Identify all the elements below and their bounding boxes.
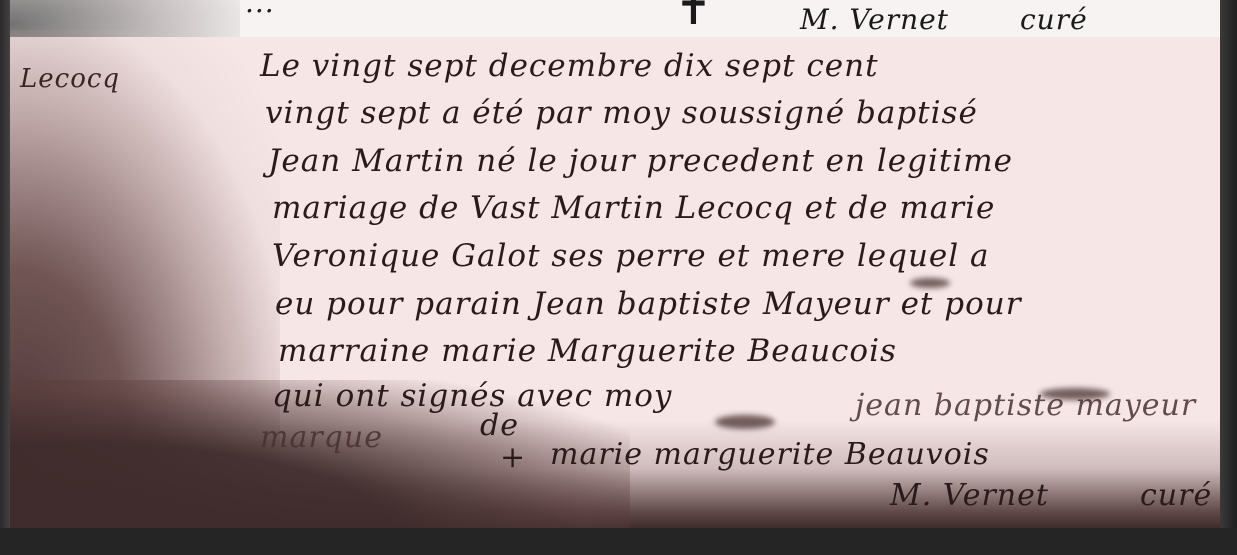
record-line-1: Le vingt sept decembre dix sept cent xyxy=(260,48,879,84)
record-line-2: vingt sept a été par moy soussigné bapti… xyxy=(265,95,978,131)
scan-right-edge xyxy=(1220,0,1237,555)
previous-entry-priest-signature: M. Vernet xyxy=(800,3,949,36)
priest-title: curé xyxy=(1140,478,1212,513)
margin-surname: Lecocq xyxy=(20,64,120,94)
record-line-4: mariage de Vast Martin Lecocq et de mari… xyxy=(272,190,995,226)
record-line-6: eu pour parain Jean baptiste Mayeur et p… xyxy=(275,286,1022,322)
ink-smudge xyxy=(715,415,775,429)
record-line-3: Jean Martin né le jour precedent en legi… xyxy=(268,143,1013,179)
record-line-5: Veronique Galot ses perre et mere lequel… xyxy=(272,238,990,274)
godmother-mark-cross: + xyxy=(500,440,526,475)
cross-mark-icon: ✝ xyxy=(675,0,712,35)
paper-sheet: ... ✝ M. Vernet curé Lecocq Le vingt sep… xyxy=(10,0,1222,528)
priest-signature: M. Vernet xyxy=(890,478,1049,513)
scanned-register-page: ... ✝ M. Vernet curé Lecocq Le vingt sep… xyxy=(0,0,1237,555)
mark-label: marque xyxy=(260,420,383,455)
mark-prefix: de xyxy=(480,408,519,443)
godfather-signature: jean baptiste mayeur xyxy=(855,388,1196,423)
scan-bottom-edge xyxy=(0,528,1237,555)
godmother-name: marie marguerite Beauvois xyxy=(550,437,990,472)
previous-entry-fragment: ... xyxy=(245,0,275,19)
record-line-8: qui ont signés avec moy xyxy=(272,378,672,414)
record-line-7: marraine marie Marguerite Beaucois xyxy=(278,333,897,369)
previous-entry-priest-title: curé xyxy=(1020,3,1088,36)
